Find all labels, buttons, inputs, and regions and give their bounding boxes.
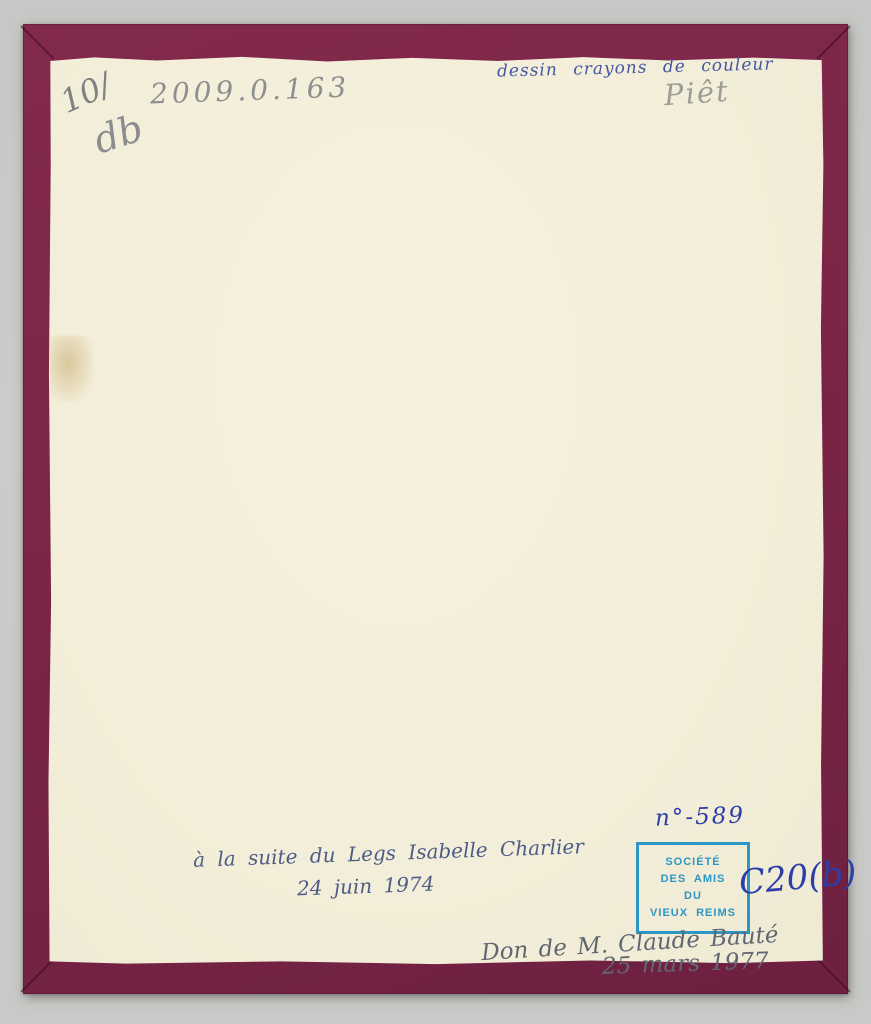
mat-mitre-top-left (20, 25, 54, 59)
verso-photograph: { "colors": { "background_gray": "#cacac… (0, 0, 871, 1024)
mat-mitre-bottom-right (817, 959, 851, 993)
paper-sheet (48, 56, 824, 965)
mat-mitre-bottom-left (20, 959, 54, 993)
mat-mitre-top-right (817, 25, 851, 59)
